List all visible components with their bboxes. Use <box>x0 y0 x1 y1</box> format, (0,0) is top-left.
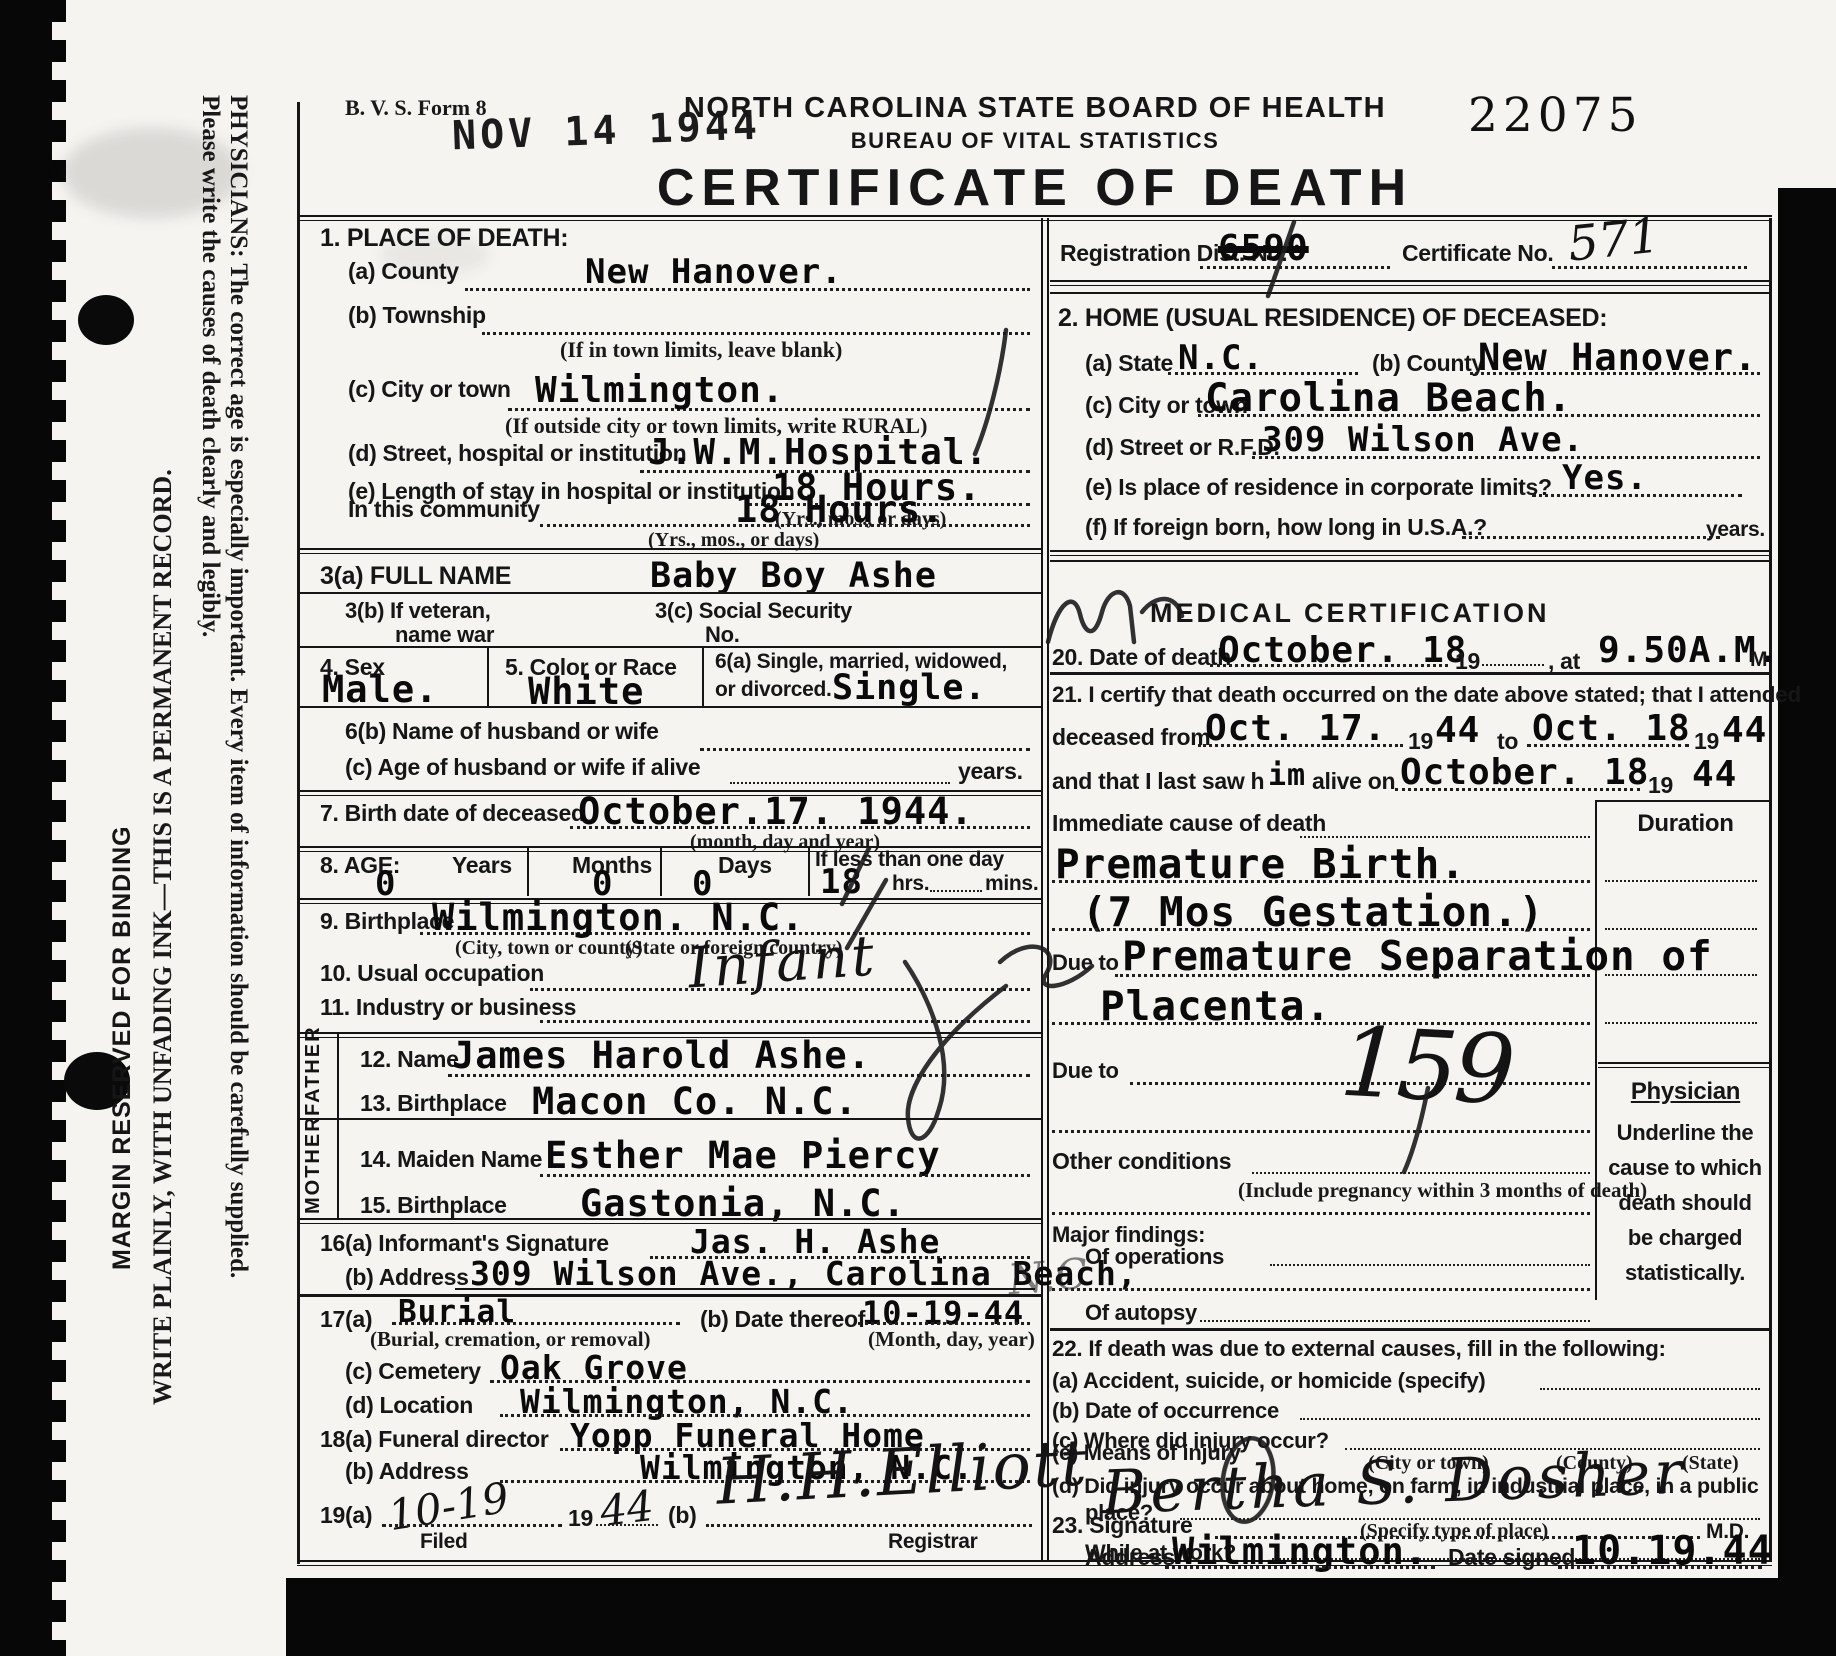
date-signed-label: Date signed <box>1448 1544 1575 1571</box>
sex-race-divider <box>487 646 489 706</box>
other-conditions-rule <box>1252 1172 1590 1174</box>
disposal-type-line <box>392 1322 680 1325</box>
attended-from-label: deceased from <box>1052 724 1210 751</box>
margin-physicians-note-2: Please write the causes of death clearly… <box>196 95 224 1565</box>
ssn-label: 3(c) Social Security <box>655 598 852 624</box>
immediate-cause-label: Immediate cause of death <box>1052 810 1326 837</box>
informant-addr-label: (b) Address <box>345 1264 469 1291</box>
margin-physicians-note: PHYSICIANS: The correct age is especiall… <box>224 95 252 1565</box>
birthdate-label: 7. Birth date of deceased <box>320 800 585 827</box>
location-label: (d) Location <box>345 1392 473 1419</box>
margin-binding: MARGIN RESERVED FOR BINDING <box>108 580 137 1270</box>
occupation-handwritten: Infant <box>686 923 879 1001</box>
registration-extra-line <box>1050 292 1772 294</box>
home-corporate-label: (e) Is place of residence in corporate l… <box>1085 474 1552 501</box>
age-hrs-label: hrs. <box>892 872 929 896</box>
home-foreign-label: (f) If foreign born, how long in U.S.A.? <box>1085 514 1487 541</box>
column-divider-b <box>1047 218 1049 1560</box>
immediate-cause-line <box>1300 836 1590 838</box>
margin-physicians-line2: Please write the causes of death clearly… <box>197 95 224 637</box>
serial-number: 22075 <box>1468 88 1643 143</box>
due-code-handwritten: 159 <box>1337 1006 1514 1127</box>
home-heading: 2. HOME (USUAL RESIDENCE) OF DECEASED: <box>1058 304 1607 333</box>
fullname-value: Baby Boy Ashe <box>650 556 937 596</box>
age-div-3 <box>808 846 810 896</box>
cause-line-1-rule <box>1052 880 1590 883</box>
informant-addr-line <box>455 1288 1035 1290</box>
last-saw-label: and that I last saw h <box>1052 768 1264 795</box>
father-name-label: 12. Name <box>360 1046 459 1073</box>
column-divider-a <box>1041 218 1043 1560</box>
home-street-label: (d) Street or R.F.D. <box>1085 434 1280 461</box>
funeral-director-label: 18(a) Funeral director <box>320 1426 549 1453</box>
home-state-line <box>1168 372 1358 375</box>
father-birthplace-value: Macon Co. N.C. <box>532 1080 858 1123</box>
scan-left-edge-teeth <box>52 0 66 1656</box>
certificate-no-line <box>1552 266 1747 269</box>
ssn-label-2: No. <box>705 622 740 648</box>
date-signed-line <box>1558 1566 1762 1569</box>
external-b-label: (b) Date of occurrence <box>1052 1398 1279 1424</box>
physician-label: Physician <box>1608 1078 1763 1106</box>
age-hrs-value: 18 <box>820 862 863 902</box>
physician-addr-line <box>1165 1566 1435 1569</box>
physician-addr-label: Address <box>1085 1544 1175 1571</box>
duration-box-left <box>1595 800 1597 1202</box>
fullname-label: 3(a) FULL NAME <box>320 562 511 591</box>
external-a-rule <box>1540 1388 1760 1390</box>
form-left-border <box>297 102 300 1564</box>
filing-b-label: (b) <box>668 1502 696 1529</box>
duration-rule-2 <box>1605 928 1757 930</box>
age-years-label: Years <box>452 852 512 879</box>
mother-side-label: MOTHER <box>302 1124 325 1214</box>
form-top-border <box>297 215 1772 221</box>
filing-year-line <box>596 1524 658 1526</box>
physician-note-4: be charged <box>1600 1225 1770 1251</box>
home-street-value: 309 Wilson Ave. <box>1262 420 1584 460</box>
age-div-1 <box>527 846 529 896</box>
home-corporate-value: Yes. <box>1562 458 1648 498</box>
place-community-value: 18 Hours. <box>735 488 944 531</box>
veteran-label: 3(b) If veteran, <box>345 598 491 624</box>
age-mins-line <box>930 890 982 892</box>
father-name-value: James Harold Ashe. <box>452 1034 871 1077</box>
alive-on-label: alive on <box>1312 768 1395 795</box>
medical-heading: MEDICAL CERTIFICATION <box>1150 598 1550 629</box>
last-saw-line <box>1395 788 1640 791</box>
certificate-no-label: Certificate No. <box>1402 240 1553 267</box>
external-heading: 22. If death was due to external causes,… <box>1052 1336 1666 1362</box>
home-bottom-border <box>1050 550 1772 556</box>
home-corporate-line <box>1532 494 1742 497</box>
other-conditions-note: (Include pregnancy within 3 months of de… <box>1238 1178 1647 1203</box>
mother-name-value: Esther Mae Piercy <box>545 1134 941 1177</box>
registration-dist-value: 6590 <box>1218 228 1309 269</box>
filing-num-label: 19(a) <box>320 1502 372 1529</box>
board-title: NORTH CAROLINA STATE BOARD OF HEALTH <box>600 92 1470 125</box>
filing-date-line <box>382 1524 562 1527</box>
scan-bottom-edge <box>286 1578 1836 1656</box>
home-county-label: (b) County <box>1372 350 1484 377</box>
husband-age-label: (c) Age of husband or wife if alive <box>345 754 700 781</box>
years-suffix: years. <box>958 758 1023 785</box>
date-of-death-label: 20. Date of death <box>1052 644 1231 671</box>
form-right-border <box>1769 218 1772 1560</box>
place-city-label: (c) City or town <box>348 376 511 403</box>
disposal-num-label: 17(a) <box>320 1306 372 1333</box>
physician-note-1: Underline the <box>1600 1120 1770 1146</box>
attended-from-line <box>1198 744 1403 747</box>
date-of-death-at: , at <box>1548 648 1580 675</box>
external-b-rule <box>1300 1418 1760 1420</box>
external-top-border <box>1050 1328 1772 1331</box>
place-heading: 1. PLACE OF DEATH: <box>320 224 568 253</box>
external-c-note-3: (State) <box>1682 1452 1739 1475</box>
father-birthplace-label: 13. Birthplace <box>360 1090 507 1117</box>
attended-to-19: 19 <box>1694 728 1719 755</box>
scan-left-edge <box>0 0 52 1656</box>
certify-line: 21. I certify that death occurred on the… <box>1052 682 1801 708</box>
place-county-label: (a) County <box>348 258 459 285</box>
attended-from-19: 19 <box>1408 728 1433 755</box>
informant-sig-label: 16(a) Informant's Signature <box>320 1230 609 1257</box>
occupation-label: 10. Usual occupation <box>320 960 544 987</box>
place-county-value: New Hanover. <box>585 252 843 292</box>
age-days-label: Days <box>718 852 772 879</box>
bureau-subtitle: BUREAU OF VITAL STATISTICS <box>600 128 1470 154</box>
blank-rule-3 <box>1052 1288 1590 1291</box>
duration-box-sep <box>1598 1062 1770 1068</box>
husband-line <box>700 748 1030 751</box>
veteran-label-2: name war <box>395 622 494 648</box>
marital-value: Single. <box>832 668 987 708</box>
operations-label: Of operations <box>1085 1244 1224 1270</box>
fullname-border <box>297 592 1041 594</box>
industry-line <box>540 1020 1030 1023</box>
due-to-1-value-line1: Premature Separation of <box>1122 932 1713 980</box>
father-bottom-border <box>297 1118 1041 1120</box>
registration-dist-line <box>1200 266 1390 269</box>
disposal-date-note: (Month, day, year) <box>868 1327 1035 1352</box>
place-township-label: (b) Township <box>348 302 486 329</box>
physician-note-2: cause to which <box>1600 1155 1770 1181</box>
operations-rule <box>1270 1264 1590 1266</box>
physician-note-3: death should <box>1600 1190 1770 1216</box>
autopsy-label: Of autopsy <box>1085 1300 1197 1326</box>
industry-label: 11. Industry or business <box>320 994 576 1021</box>
external-a-label: (a) Accident, suicide, or homicide (spec… <box>1052 1368 1485 1394</box>
place-township-note: (If in town limits, leave blank) <box>560 337 842 363</box>
duration-box-top <box>1595 800 1770 802</box>
duration-rule-1 <box>1605 880 1757 882</box>
d20-border <box>1050 672 1772 675</box>
punch-hole-top <box>78 295 134 345</box>
due-to-2-label: Due to <box>1052 1058 1119 1084</box>
last-saw-him: im <box>1268 758 1306 793</box>
physician-note-5: statistically. <box>1600 1260 1770 1286</box>
home-foreign-suffix: years. <box>1706 518 1765 542</box>
veteran-row-border <box>297 646 1041 648</box>
date-of-death-19-line <box>1482 664 1544 666</box>
date-of-death-line <box>1210 664 1448 667</box>
father-name-line <box>448 1074 1030 1077</box>
place-city-value: Wilmington. <box>535 370 784 411</box>
filing-19-label: 19 <box>568 1505 593 1532</box>
home-state-label: (a) State <box>1085 350 1173 377</box>
due-to-1-label: Due to <box>1052 950 1119 976</box>
margin-physicians-line1: PHYSICIANS: The correct age is especiall… <box>225 95 252 1278</box>
duration-box-left-ext <box>1595 1202 1597 1300</box>
filed-caption: Filed <box>420 1530 468 1554</box>
home-extra-line <box>1050 560 1772 562</box>
cause-line-2-rule <box>1052 928 1590 931</box>
mother-maiden-label: 14. Maiden Name <box>360 1146 542 1173</box>
home-street-line <box>1252 456 1760 459</box>
date-of-death-19: 19 <box>1455 648 1480 675</box>
home-foreign-line <box>1462 536 1720 539</box>
home-county-line <box>1470 372 1760 375</box>
duration-rule-3 <box>1605 974 1757 976</box>
scan-right-edge <box>1778 188 1836 1656</box>
cemetery-label: (c) Cemetery <box>345 1358 481 1385</box>
disposal-date-label: (b) Date thereof <box>700 1306 865 1333</box>
mother-birthplace-label: 15. Birthplace <box>360 1192 507 1219</box>
age-div-2 <box>660 846 662 896</box>
attended-to-year: 44 <box>1722 710 1767 751</box>
due-to-1-rule1 <box>1115 974 1590 977</box>
attended-to-label: to <box>1497 728 1518 755</box>
place-community-label: In this community <box>348 496 540 523</box>
marital-label-2: or divorced. <box>715 678 832 702</box>
registration-bottom-border <box>1050 280 1772 286</box>
blank-rule-2 <box>1052 1212 1590 1215</box>
last-saw-19: 19 <box>1648 772 1673 799</box>
birthplace-note-1: (City, town or county) <box>455 937 642 960</box>
section1-bottom-border <box>297 548 1041 554</box>
place-street-label: (d) Street, hospital or institution <box>348 440 686 467</box>
mother-name-line <box>540 1174 1030 1177</box>
autopsy-rule <box>1200 1320 1590 1322</box>
filing-registrar-line <box>706 1524 1032 1527</box>
registrar-caption: Registrar <box>888 1530 978 1554</box>
certificate-title: CERTIFICATE OF DEATH <box>600 158 1470 218</box>
scanned-death-certificate: { "colors":{"paper":"#f5f4f1","ink":"#16… <box>0 0 1836 1656</box>
duration-rule-4 <box>1605 1022 1757 1024</box>
attended-to-value: Oct. 18 <box>1532 708 1691 749</box>
husband-age-line <box>730 782 950 784</box>
father-divider <box>337 1032 339 1118</box>
certificate-no-value: 571 <box>1565 207 1662 272</box>
disposal-date-line <box>858 1322 1030 1325</box>
duration-label: Duration <box>1608 810 1763 838</box>
blank-rule-1 <box>1052 1130 1590 1133</box>
last-saw-year: 44 <box>1692 754 1737 795</box>
home-city-line <box>1198 414 1760 417</box>
attended-to-line <box>1527 744 1689 747</box>
margin-permanent-record: WRITE PLAINLY, WITH UNFADING INK—THIS IS… <box>148 165 178 1405</box>
race-marital-divider <box>702 646 704 706</box>
attended-from-year: 44 <box>1435 710 1480 751</box>
birthdate-value: October.17. 1944. <box>578 790 974 833</box>
sex-row-border <box>297 706 1041 708</box>
last-saw-value: October. 18 <box>1400 752 1649 793</box>
sex-value: Male. <box>322 668 438 711</box>
filing-year-handwritten: 44 <box>597 1481 656 1536</box>
attended-from-value: Oct. 17. <box>1205 708 1386 749</box>
father-side-label: FATHER <box>302 1036 325 1116</box>
mother-divider <box>337 1118 339 1218</box>
husband-label: 6(b) Name of husband or wife <box>345 718 659 745</box>
death-time-m: M <box>1750 648 1767 672</box>
place-township-line <box>482 332 1030 335</box>
age-mins-label: mins. <box>985 872 1038 896</box>
other-conditions-label: Other conditions <box>1052 1148 1231 1175</box>
